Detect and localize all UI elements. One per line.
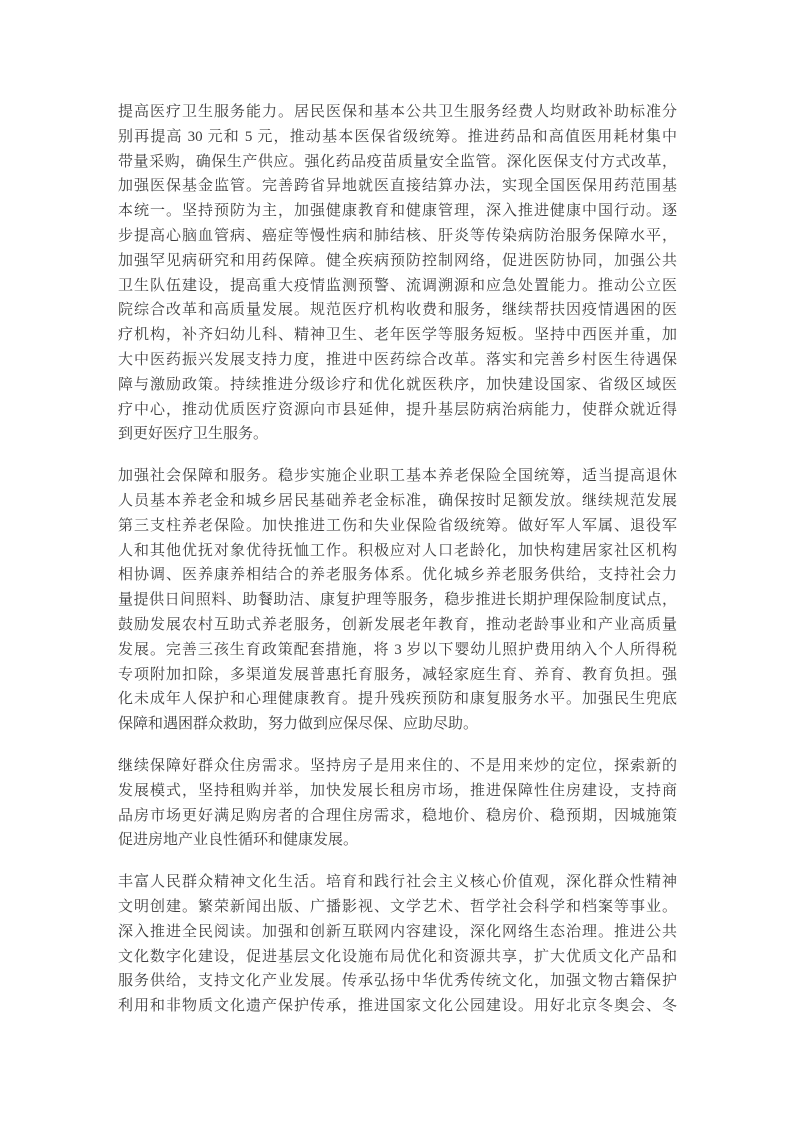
text-line: 品房市场更好满足购房者的合理住房需求，稳地价、稳房价、稳预期，因城施策: [118, 804, 677, 829]
text-line: 院综合改革和高质量发展。规范医疗机构收费和服务，继续帮扶因疫情遇困的医: [118, 298, 677, 323]
text-line: 步提高心脑血管病、癌症等慢性病和肺结核、肝炎等传染病防治服务保障水平，: [118, 224, 677, 249]
text-line: 带量采购，确保生产供应。强化药品疫苗质量安全监管。深化医保支付方式改革，: [118, 150, 677, 175]
text-line: 提高医疗卫生服务能力。居民医保和基本公共卫生服务经费人均财政补助标准分: [118, 100, 677, 125]
text-line: 加强社会保障和服务。稳步实施企业职工基本养老保险全国统筹，适当提高退休: [118, 464, 677, 489]
text-line: 障与激励政策。持续推进分级诊疗和优化就医秩序，加快建设国家、省级区域医: [118, 373, 677, 398]
text-line: 人员基本养老金和城乡居民基础养老金标准，确保按时足额发放。继续规范发展: [118, 489, 677, 514]
text-line: 服务供给，支持文化产业发展。传承弘扬中华优秀传统文化，加强文物古籍保护: [118, 969, 677, 994]
text-line: 大中医药振兴发展支持力度，推进中医药综合改革。落实和完善乡村医生待遇保: [118, 348, 677, 373]
text-line: 到更好医疗卫生服务。: [118, 422, 677, 447]
text-line: 别再提高 30 元和 5 元，推动基本医保省级统筹。推进药品和高值医用耗材集中: [118, 125, 677, 150]
document-page: 提高医疗卫生服务能力。居民医保和基本公共卫生服务经费人均财政补助标准分别再提高 …: [0, 0, 793, 1122]
text-line: 促进房地产业良性循环和健康发展。: [118, 828, 677, 853]
text-line: 深入推进全民阅读。加强和创新互联网内容建设，深化网络生态治理。推进公共: [118, 920, 677, 945]
text-line: 量提供日间照料、助餐助洁、康复护理等服务，稳步推进长期护理保险制度试点，: [118, 588, 677, 613]
text-line: 发展。完善三孩生育政策配套措施，将 3 岁以下婴幼儿照护费用纳入个人所得税: [118, 638, 677, 663]
text-line: 鼓励发展农村互助式养老服务，创新发展老年教育，推动老龄事业和产业高质量: [118, 613, 677, 638]
text-line: 化未成年人保护和心理健康教育。提升残疾预防和康复服务水平。加强民生兜底: [118, 687, 677, 712]
text-line: 疗中心，推动优质医疗资源向市县延伸，提升基层防病治病能力，使群众就近得: [118, 398, 677, 423]
text-block: 提高医疗卫生服务能力。居民医保和基本公共卫生服务经费人均财政补助标准分别再提高 …: [118, 100, 677, 1019]
paragraph: 提高医疗卫生服务能力。居民医保和基本公共卫生服务经费人均财政补助标准分别再提高 …: [118, 100, 677, 447]
text-line: 保障和遇困群众救助，努力做到应保尽保、应助尽助。: [118, 712, 677, 737]
text-line: 加强罕见病研究和用药保障。健全疾病预防控制网络，促进医防协同，加强公共: [118, 249, 677, 274]
text-line: 专项附加扣除，多渠道发展普惠托育服务，减轻家庭生育、养育、教育负担。强: [118, 663, 677, 688]
text-line: 丰富人民群众精神文化生活。培育和践行社会主义核心价值观，深化群众性精神: [118, 870, 677, 895]
text-line: 人和其他优抚对象优待抚恤工作。积极应对人口老龄化，加快构建居家社区机构: [118, 539, 677, 564]
text-line: 疗机构，补齐妇幼儿科、精神卫生、老年医学等服务短板。坚持中西医并重，加: [118, 323, 677, 348]
text-line: 第三支柱养老保险。加快推进工伤和失业保险省级统筹。做好军人军属、退役军: [118, 514, 677, 539]
text-line: 文化数字化建设，促进基层文化设施布局优化和资源共享，扩大优质文化产品和: [118, 945, 677, 970]
paragraph: 加强社会保障和服务。稳步实施企业职工基本养老保险全国统筹，适当提高退休人员基本养…: [118, 464, 677, 737]
paragraph: 继续保障好群众住房需求。坚持房子是用来住的、不是用来炒的定位，探索新的发展模式，…: [118, 754, 677, 853]
text-line: 继续保障好群众住房需求。坚持房子是用来住的、不是用来炒的定位，探索新的: [118, 754, 677, 779]
text-line: 利用和非物质文化遗产保护传承，推进国家文化公园建设。用好北京冬奥会、冬: [118, 994, 677, 1019]
text-line: 加强医保基金监管。完善跨省异地就医直接结算办法，实现全国医保用药范围基: [118, 174, 677, 199]
text-line: 本统一。坚持预防为主，加强健康教育和健康管理，深入推进健康中国行动。逐: [118, 199, 677, 224]
text-line: 发展模式，坚持租购并举，加快发展长租房市场，推进保障性住房建设，支持商: [118, 779, 677, 804]
paragraph: 丰富人民群众精神文化生活。培育和践行社会主义核心价值观，深化群众性精神文明创建。…: [118, 870, 677, 1019]
text-line: 文明创建。繁荣新闻出版、广播影视、文学艺术、哲学社会科学和档案等事业。: [118, 895, 677, 920]
text-line: 相协调、医养康养相结合的养老服务体系。优化城乡养老服务供给，支持社会力: [118, 563, 677, 588]
text-line: 卫生队伍建设，提高重大疫情监测预警、流调溯源和应急处置能力。推动公立医: [118, 274, 677, 299]
